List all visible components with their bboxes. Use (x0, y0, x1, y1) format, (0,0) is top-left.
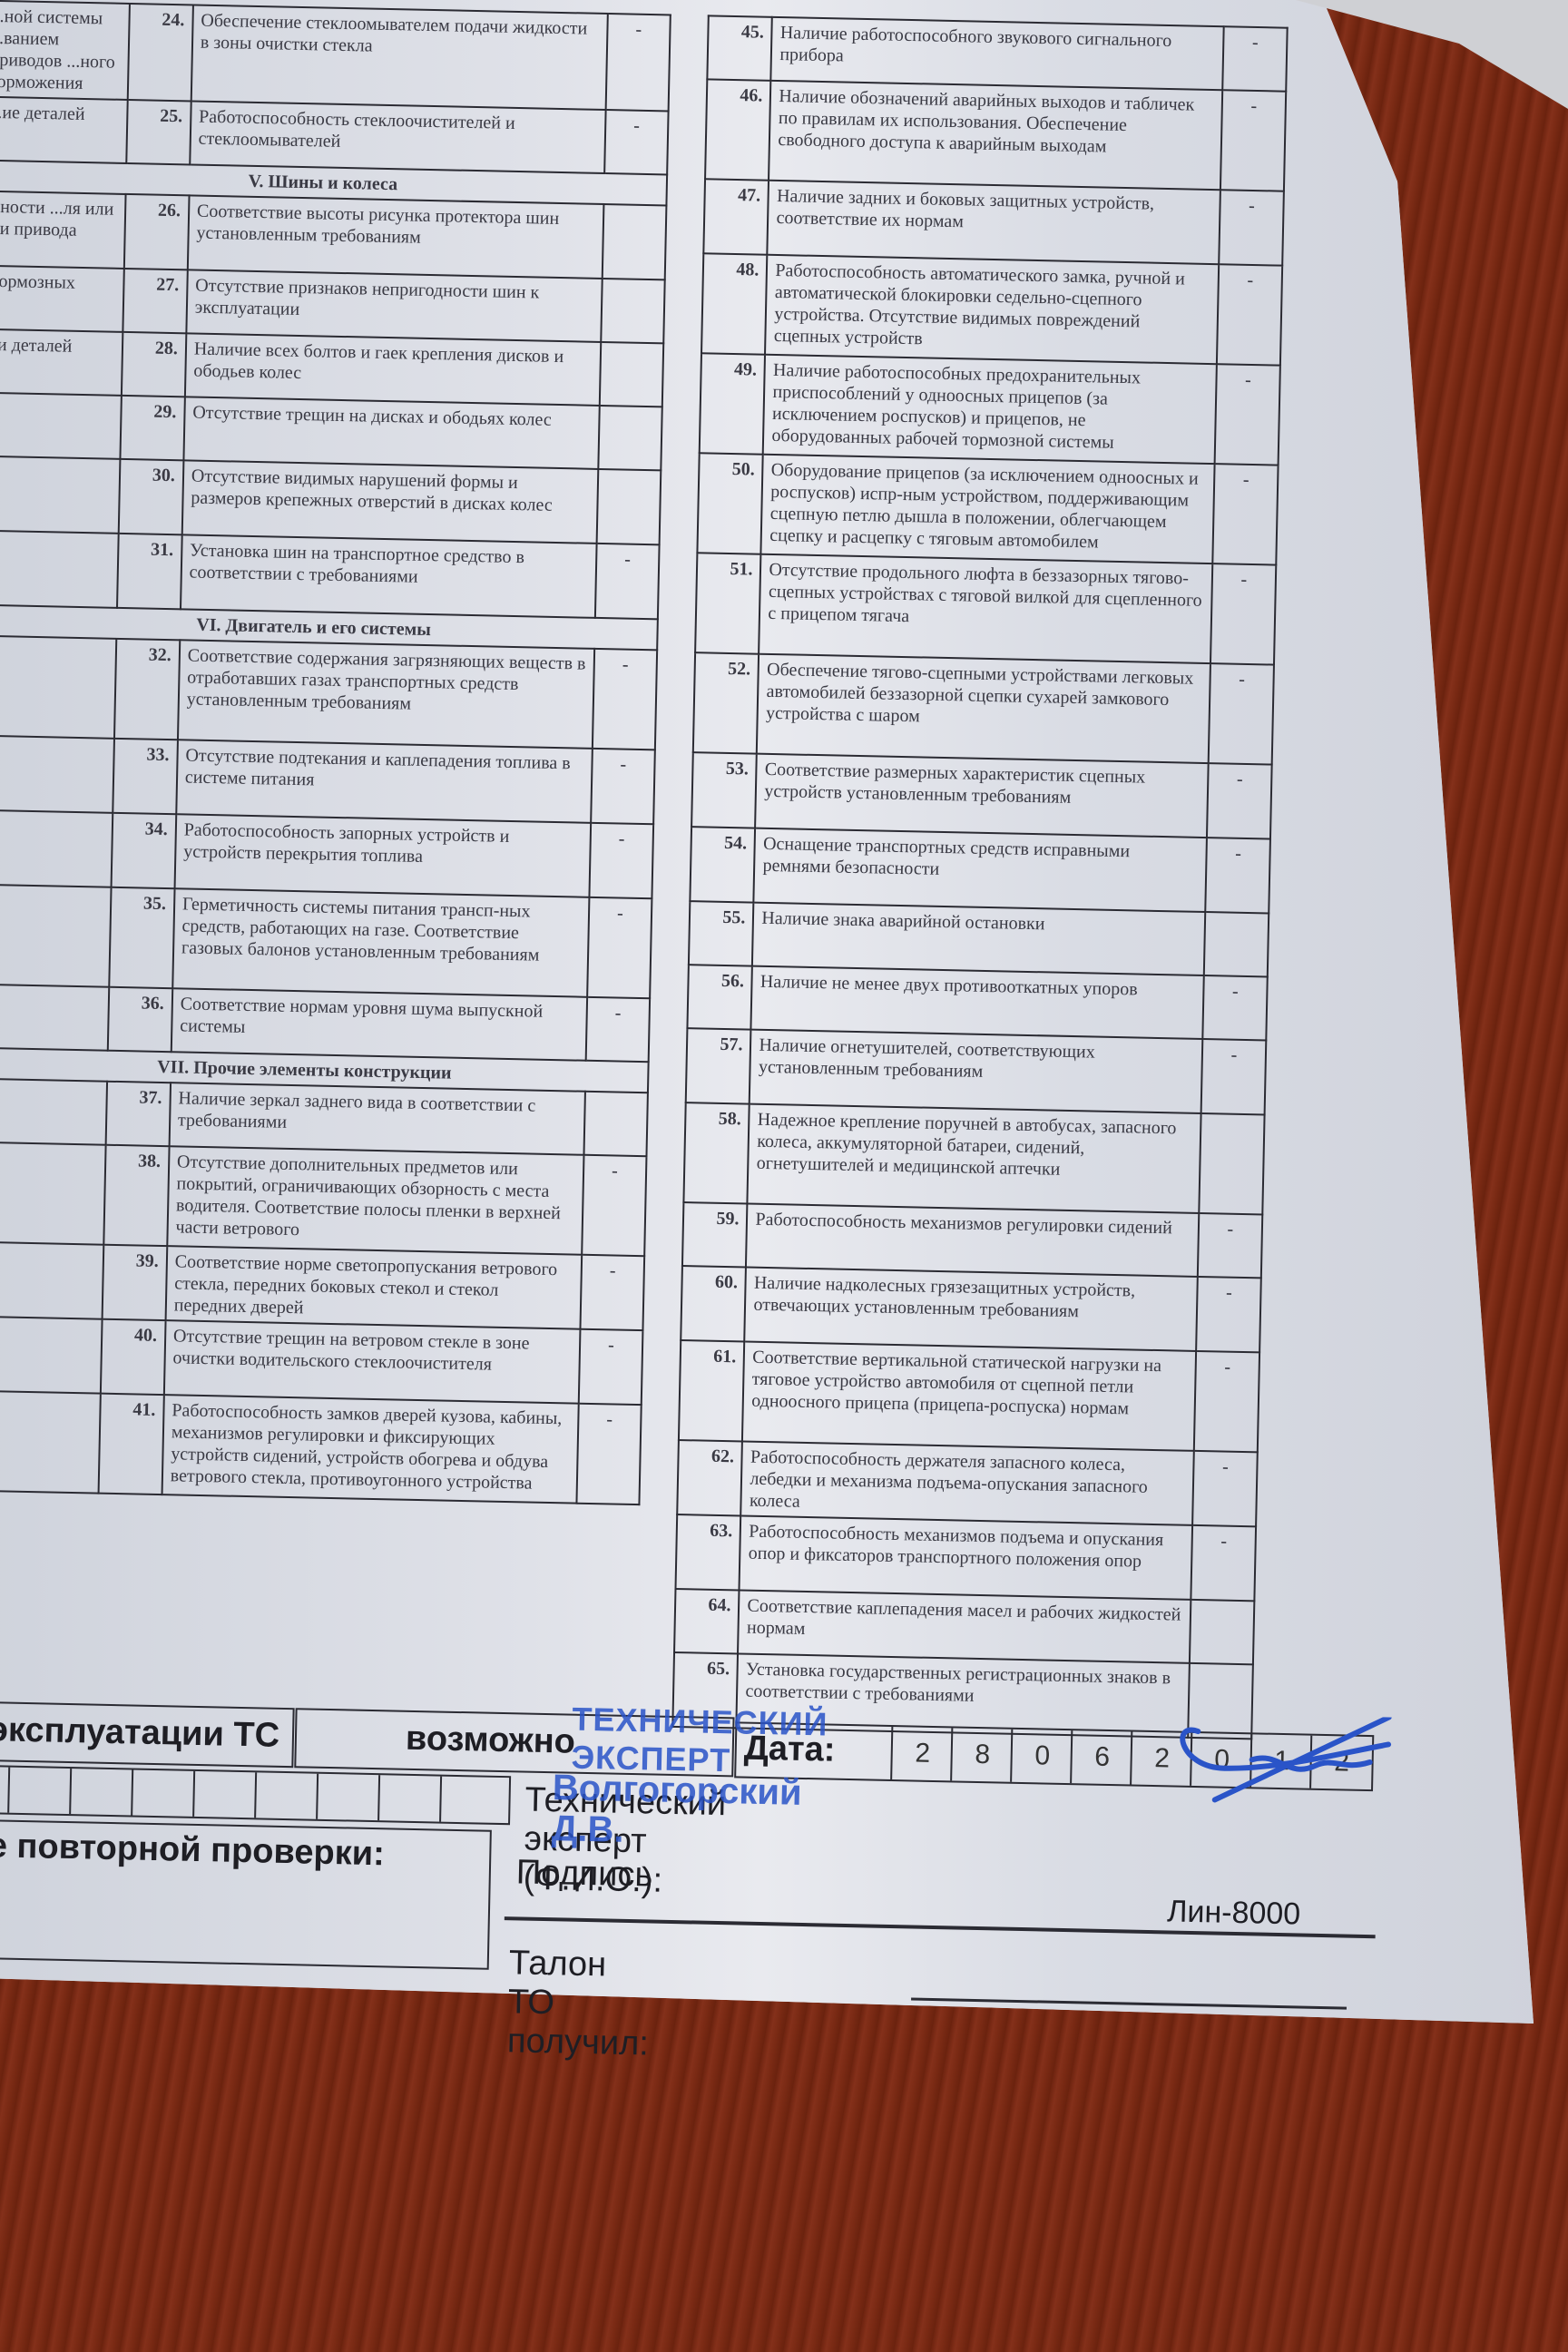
checklist-row: 63.Работоспособность механизмов подъема … (675, 1514, 1256, 1601)
item-description: Отсутствие видимых нарушений формы и раз… (182, 460, 598, 544)
checklist-row: 30.Отсутствие видимых нарушений формы и … (0, 456, 661, 544)
item-description: Соответствие высоты рисунка протектора ш… (188, 195, 603, 279)
item-mark-cell[interactable] (1190, 1600, 1255, 1664)
device-label: Лин-8000 (1167, 1894, 1301, 1932)
checklist-row: 41.Работоспособность замков дверей кузов… (0, 1390, 642, 1504)
checklist-row: 39.Соответствие норме светопропускания в… (0, 1241, 644, 1330)
date-digit: 0 (1010, 1730, 1073, 1783)
item-mark-cell[interactable]: - (1219, 190, 1284, 265)
recheck-box[interactable]: дие повторной проверки: (0, 1818, 492, 1970)
item-number: 35. (109, 887, 174, 988)
item-mark-cell[interactable]: - (1191, 1525, 1256, 1601)
item-description: Наличие огнетушителей, соответствующих у… (750, 1030, 1202, 1113)
date-digit: 8 (950, 1728, 1013, 1781)
empty-code-cell (131, 1769, 133, 1815)
item-description: Оборудование прицепов (за исключением од… (761, 455, 1215, 563)
checklist-row: 49.Наличие работоспособных предохранител… (700, 353, 1280, 465)
checklist-row: 48.Работоспособность автоматического зам… (701, 253, 1282, 365)
item-mark-cell[interactable]: - (585, 997, 650, 1062)
item-mark-cell[interactable]: - (587, 897, 652, 998)
item-description: Работоспособность механизмов подъема и о… (740, 1515, 1192, 1599)
item-number: 33. (113, 739, 178, 814)
item-description: Оснащение транспортных средств исправным… (754, 828, 1207, 912)
checklist-row: 45.Наличие работоспособного звукового си… (707, 15, 1287, 91)
empty-code-cell (254, 1772, 257, 1818)
item-number: 61. (679, 1340, 745, 1441)
checklist-row: ...ности ...ля или ...и привода26.Соотве… (0, 191, 666, 280)
item-description: Работоспособность запорных устройств и у… (174, 814, 590, 897)
item-description: Обеспечение стеклоомывателем подачи жидк… (191, 5, 608, 110)
item-number: 29. (120, 396, 184, 460)
cut-off-text (0, 456, 120, 533)
checklist-row: 58.Надежное крепление поручней в автобус… (683, 1102, 1264, 1214)
cut-off-text (0, 809, 113, 887)
item-mark-cell[interactable]: - (1210, 563, 1276, 664)
item-description: Работоспособность замков дверей кузова, … (162, 1395, 578, 1504)
checklist-row: 53.Соответствие размерных характеристик … (691, 752, 1272, 838)
item-number: 31. (117, 534, 182, 609)
item-description: Обеспечение тягово-сцепными устройствами… (757, 654, 1210, 763)
item-number: 27. (122, 269, 187, 333)
item-number: 54. (690, 827, 755, 902)
item-mark-cell[interactable]: - (1217, 264, 1282, 365)
empty-code-cell (69, 1769, 72, 1814)
item-number: 47. (703, 179, 769, 254)
item-mark-cell[interactable]: - (1201, 1039, 1267, 1114)
item-number: 25. (126, 100, 191, 164)
item-mark-cell[interactable]: - (1222, 26, 1288, 91)
stamp-name: Волгогорский Д.В. (551, 1768, 802, 1855)
item-description: Отсутствие дополнительных предметов или … (167, 1146, 583, 1255)
item-number: 64. (674, 1589, 740, 1653)
cut-off-text (0, 393, 122, 459)
item-mark-cell[interactable] (1199, 1113, 1264, 1214)
item-mark-cell[interactable] (583, 1092, 648, 1156)
cut-off-text (0, 1316, 102, 1393)
checklist-row: 47.Наличие задних и боковых защитных уст… (703, 179, 1284, 265)
item-description: Отсутствие продольного люфта в беззазорн… (759, 554, 1212, 663)
cut-off-text: ...ие деталей (0, 97, 128, 163)
item-mark-cell[interactable]: - (1209, 663, 1274, 764)
checklist-row: 61.Соответствие вертикальной статической… (679, 1340, 1259, 1452)
cut-off-text (0, 1142, 105, 1244)
item-description: Наличие надколесных грязезащитных устрой… (745, 1268, 1198, 1351)
item-number: 34. (111, 813, 176, 888)
operation-label: эксплуатации ТС (0, 1710, 279, 1756)
item-number: 26. (124, 194, 190, 269)
item-description: Соответствие содержания загрязняющих вещ… (178, 640, 594, 749)
right-checklist-table: 45.Наличие работоспособного звукового си… (671, 15, 1288, 1739)
checklist-row: ...ной системы ...ванием приводов ...ног… (0, 1, 671, 112)
cut-off-text (0, 984, 109, 1050)
item-mark-cell[interactable]: - (1207, 763, 1272, 838)
checklist-row: 35.Герметичность системы питания трансп-… (0, 884, 652, 998)
signature-label: Подпись (515, 1853, 652, 1895)
item-number: 58. (683, 1102, 750, 1203)
item-mark-cell[interactable]: - (1192, 1451, 1258, 1526)
item-description: Надежное крепление поручней в автобусах,… (748, 1104, 1201, 1213)
item-mark-cell[interactable]: - (604, 110, 669, 174)
item-description: Наличие зеркал заднего вида в соответств… (169, 1083, 584, 1155)
checklist-row: 33.Отсутствие подтекания и каплепадения … (0, 735, 655, 824)
date-digit: 2 (890, 1727, 953, 1780)
item-number: 51. (695, 553, 761, 653)
item-mark-cell[interactable] (599, 342, 663, 407)
item-description: Работоспособность автоматического замка,… (765, 255, 1219, 364)
item-number: 53. (691, 752, 757, 828)
item-number: 63. (675, 1514, 740, 1590)
item-description: Работоспособность механизмов регулировки… (746, 1204, 1199, 1277)
empty-code-cell (7, 1768, 10, 1813)
item-mark-cell[interactable] (596, 469, 661, 544)
checklist-row: 52.Обеспечение тягово-сцепными устройств… (693, 652, 1274, 764)
item-number: 28. (122, 332, 186, 397)
checklist-row: 51.Отсутствие продольного люфта в беззаз… (695, 553, 1276, 664)
item-description: Наличие обозначений аварийных выходов и … (769, 81, 1222, 190)
checklist-row: 31.Установка шин на транспортное средств… (0, 530, 660, 619)
item-number: 48. (701, 253, 768, 354)
item-mark-cell[interactable]: - (1202, 975, 1268, 1040)
checklist-row: 59.Работоспособность механизмов регулиро… (682, 1202, 1262, 1278)
cut-off-text (0, 1241, 103, 1318)
item-mark-cell[interactable]: - (589, 823, 653, 898)
recheck-label: дие повторной проверки: (0, 1826, 385, 1874)
item-mark-cell[interactable] (598, 406, 662, 470)
item-mark-cell[interactable]: - (1215, 364, 1280, 465)
item-description: Соответствие нормам уровня шума выпускно… (171, 988, 587, 1061)
item-description: Отсутствие признаков непригодности шин к… (186, 269, 602, 342)
item-description: Наличие работоспособного звукового сигна… (771, 17, 1224, 90)
item-number: 59. (682, 1202, 748, 1267)
checklist-row: 32.Соответствие содержания загрязняющих … (0, 635, 657, 750)
item-mark-cell[interactable]: - (1194, 1351, 1259, 1452)
date-digit: 6 (1070, 1730, 1132, 1784)
item-mark-cell[interactable] (601, 279, 665, 343)
item-mark-cell[interactable]: - (1198, 1213, 1263, 1278)
item-mark-cell[interactable]: - (580, 1255, 644, 1330)
item-description: Соответствие вертикальной статической на… (742, 1342, 1196, 1451)
cut-off-text (0, 1078, 107, 1144)
item-mark-cell[interactable]: - (582, 1155, 647, 1256)
item-number: 30. (119, 459, 184, 534)
checklist-row: 57.Наличие огнетушителей, соответствующи… (686, 1028, 1267, 1114)
item-description: Отсутствие трещин на ветровом стекле в з… (164, 1320, 580, 1404)
empty-code-cell (192, 1771, 195, 1817)
left-checklist-table: ...ной системы ...ванием приводов ...ног… (0, 0, 671, 1505)
checklist-row: 64.Соответствие каплепадения масел и раб… (674, 1589, 1254, 1664)
cut-off-text (0, 884, 111, 986)
item-description: Наличие задних и боковых защитных устрой… (768, 181, 1220, 264)
item-mark-cell[interactable]: - (1220, 90, 1286, 191)
item-number: 40. (101, 1319, 166, 1395)
item-description: Работоспособность стеклоочистителей и ст… (190, 101, 605, 173)
checklist-row: 55.Наличие знака аварийной остановки (689, 901, 1269, 976)
item-mark-cell[interactable]: - (595, 544, 660, 619)
item-number: 45. (707, 15, 772, 80)
item-mark-cell[interactable]: - (605, 14, 671, 111)
cut-off-text: ...ности ...ля или ...и привода (0, 191, 125, 269)
checklist-row: 46.Наличие обозначений аварийных выходов… (705, 79, 1286, 191)
item-mark-cell[interactable]: - (1196, 1277, 1261, 1352)
item-description: Соответствие каплепадения масел и рабочи… (738, 1590, 1191, 1662)
cut-off-text: ...ной системы ...ванием приводов ...ног… (0, 1, 130, 100)
checklist-row: 62.Работоспособность держателя запасного… (677, 1440, 1258, 1526)
empty-code-cell (439, 1777, 442, 1822)
item-description: Соответствие размерных характеристик сце… (755, 754, 1208, 838)
item-number: 49. (700, 353, 766, 454)
operation-value: возможно (406, 1720, 576, 1762)
operation-label-box: эксплуатации ТС (0, 1700, 295, 1768)
cut-off-text (0, 1390, 101, 1493)
item-description: Наличие знака аварийной остановки (752, 903, 1205, 975)
item-number: 55. (689, 901, 754, 965)
item-description: Отсутствие подтекания и каплепадения топ… (176, 740, 592, 823)
item-number: 62. (677, 1440, 742, 1515)
item-description: Наличие не менее двух противооткатных уп… (751, 966, 1204, 1039)
item-mark-cell[interactable]: - (576, 1404, 642, 1504)
item-mark-cell[interactable]: - (1212, 464, 1278, 564)
item-description: Соответствие норме светопропускания ветр… (165, 1246, 581, 1329)
coupon-label: Талон ТО получил: (507, 1944, 651, 2063)
cut-off-text (0, 735, 114, 812)
item-mark-cell[interactable] (1204, 912, 1269, 976)
item-mark-cell[interactable]: - (591, 749, 655, 824)
item-number: 46. (705, 79, 771, 180)
item-number: 52. (693, 652, 759, 753)
item-description: Герметичность системы питания трансп-ных… (172, 888, 589, 997)
item-number: 38. (103, 1145, 169, 1246)
item-number: 36. (108, 987, 172, 1052)
checklist-row: 38.Отсутствие дополнительных предметов и… (0, 1142, 646, 1256)
empty-code-cell (377, 1775, 380, 1820)
item-number: 37. (105, 1082, 170, 1146)
item-number: 32. (114, 639, 180, 740)
cut-off-text (0, 530, 119, 607)
cut-off-text: ...ормозных (0, 266, 124, 332)
item-mark-cell[interactable]: - (1205, 838, 1270, 913)
cut-off-text (0, 635, 116, 738)
item-number: 41. (98, 1394, 163, 1494)
item-description: Наличие работоспособных предохранительны… (763, 355, 1217, 464)
item-mark-cell[interactable]: - (578, 1329, 642, 1405)
item-number: 56. (687, 965, 752, 1029)
checklist-row: 54.Оснащение транспортных средств исправ… (690, 827, 1270, 913)
item-number: 24. (128, 4, 193, 101)
cut-off-text: ...и деталей (0, 329, 122, 396)
item-description: Отсутствие трещин на дисках и ободьях ко… (183, 397, 599, 469)
item-number: 57. (686, 1028, 751, 1103)
checklist-row: 56.Наличие не менее двух противооткатных… (687, 965, 1267, 1040)
empty-code-cell (316, 1774, 318, 1819)
item-description: Работоспособность держателя запасного ко… (741, 1441, 1194, 1524)
item-number: 39. (102, 1245, 167, 1320)
checklist-row: 50.Оборудование прицепов (за исключением… (697, 453, 1278, 564)
checklist-row: 34.Работоспособность запорных устройств … (0, 809, 653, 898)
checklist-row: 40.Отсутствие трещин на ветровом стекле … (0, 1316, 642, 1405)
item-mark-cell[interactable]: - (593, 649, 658, 750)
item-number: 60. (681, 1266, 746, 1341)
item-number: 50. (697, 453, 763, 554)
checklist-row: 60.Наличие надколесных грязезащитных уст… (681, 1266, 1261, 1352)
item-description: Установка шин на транспортное средство в… (181, 534, 596, 618)
item-mark-cell[interactable] (602, 204, 666, 279)
item-description: Наличие всех болтов и гаек крепления дис… (185, 333, 601, 406)
